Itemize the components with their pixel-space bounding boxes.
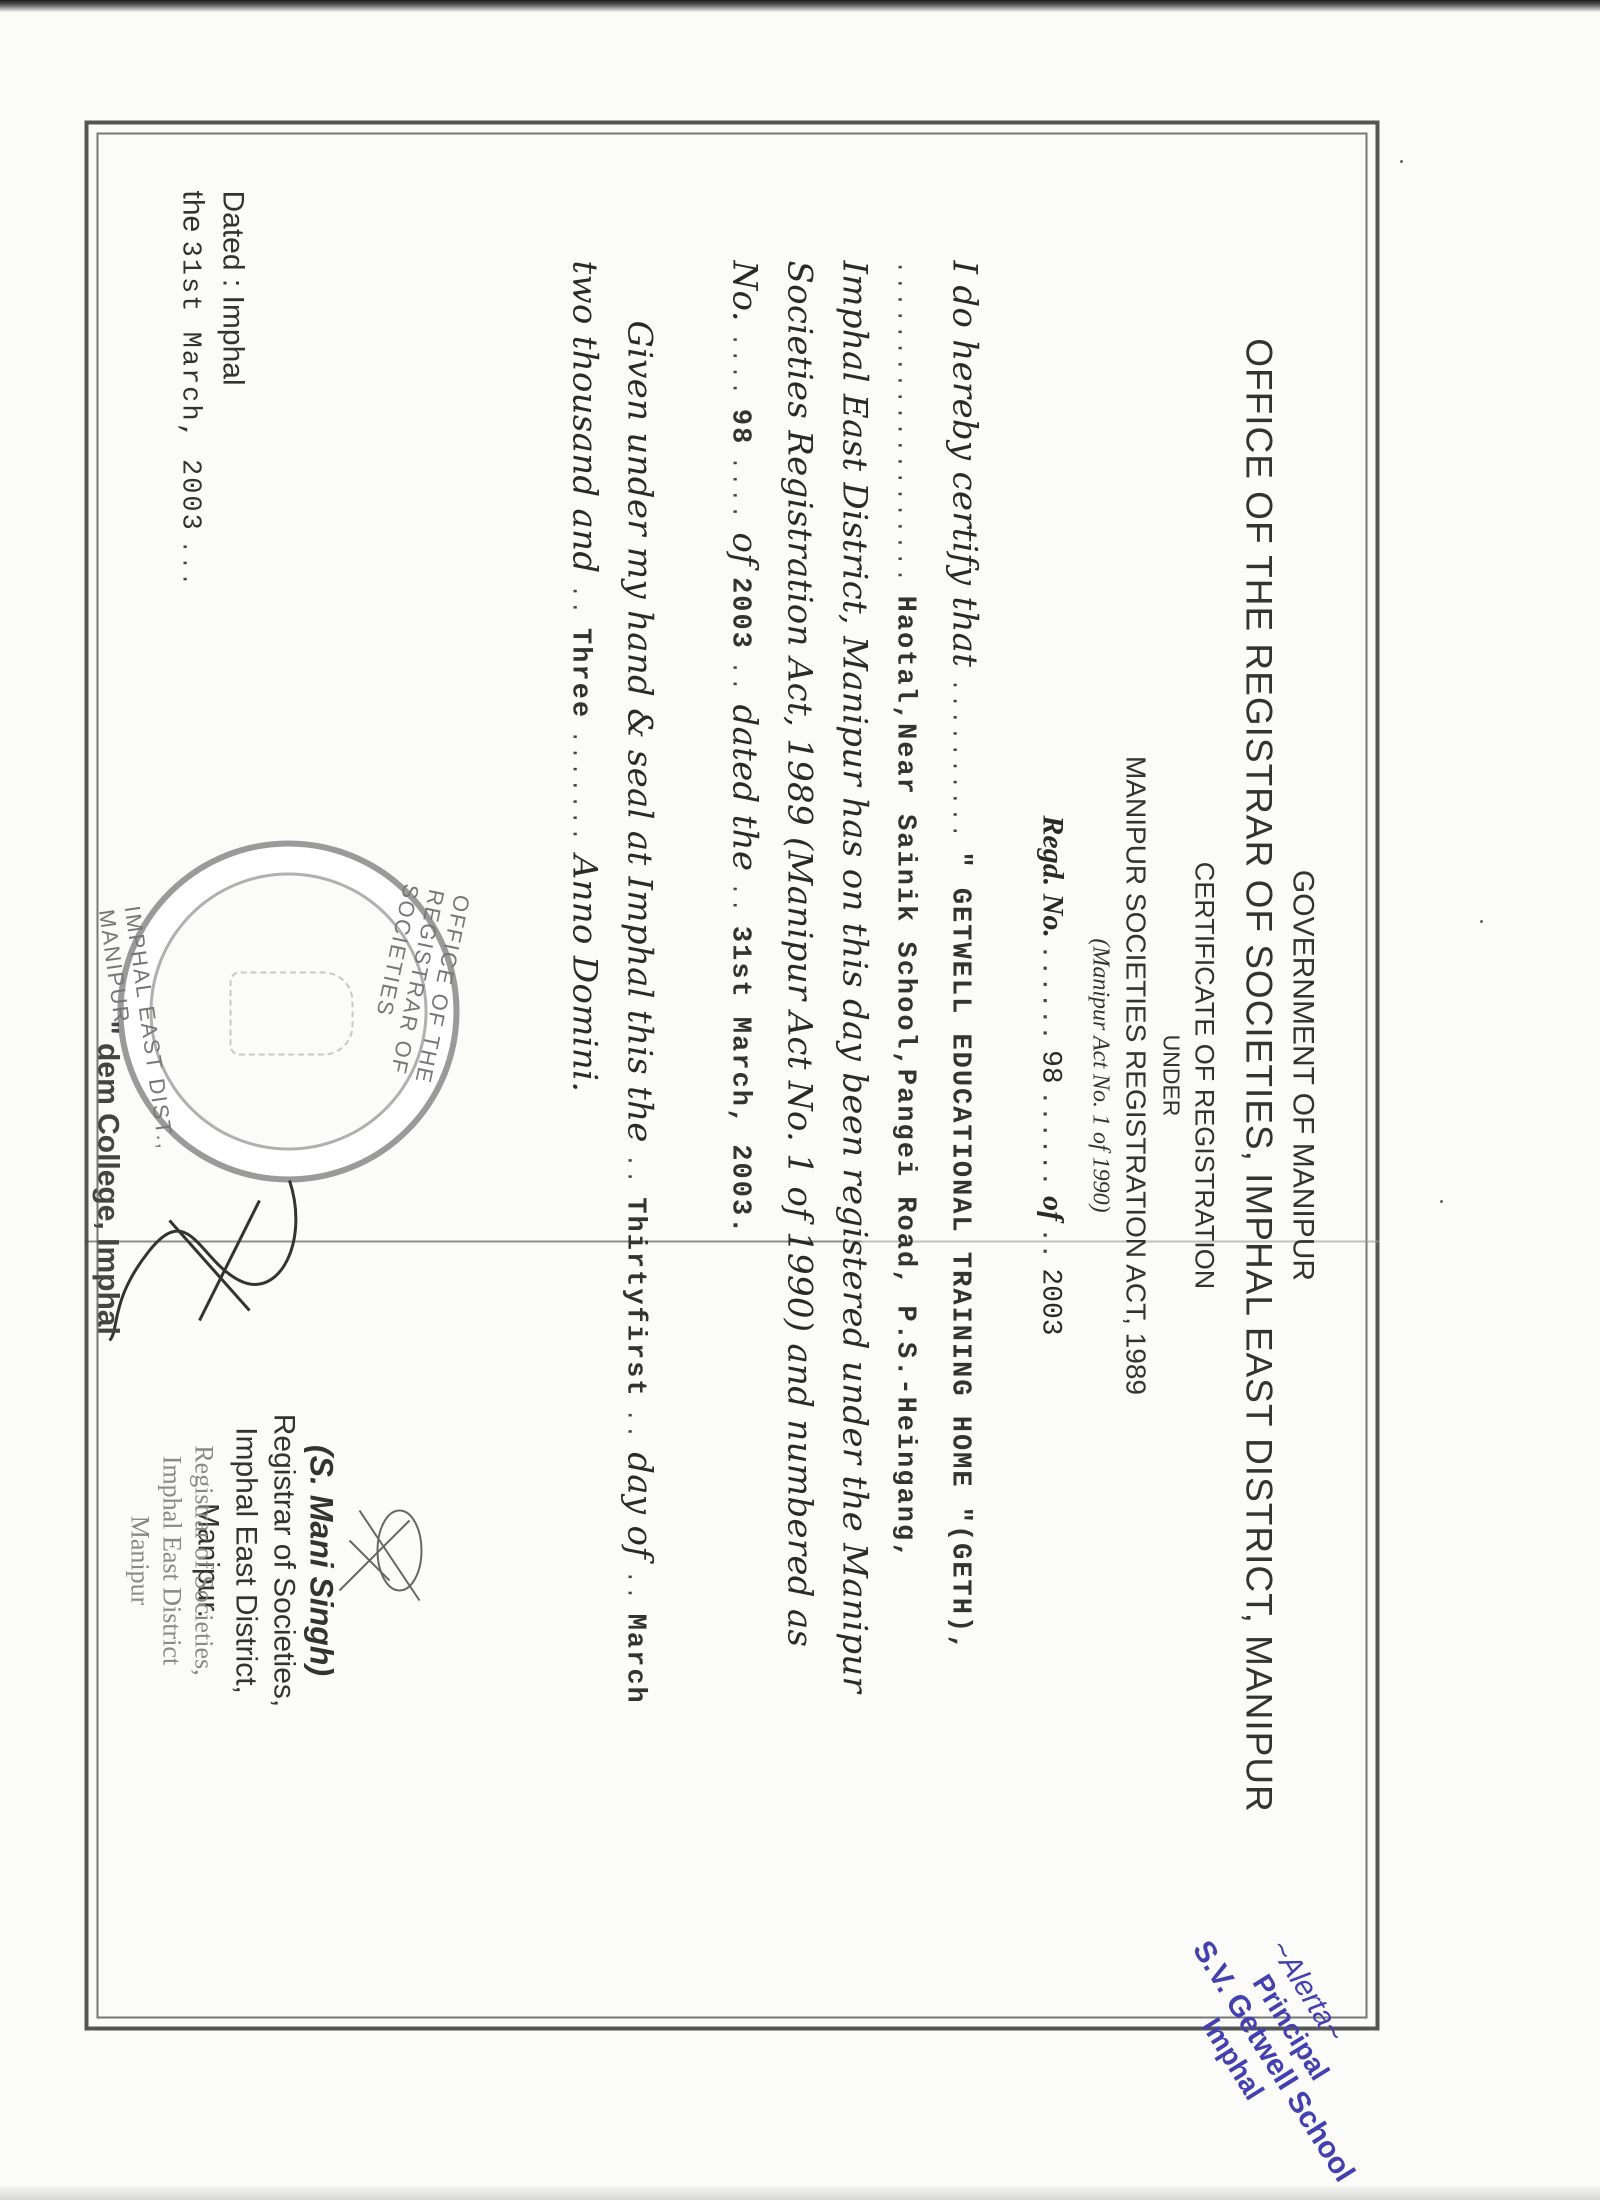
registration-number-line: Regd. No. ...... 98 ...... of .. 2003 bbox=[1035, 121, 1070, 2031]
year-word: Three bbox=[565, 628, 595, 719]
dotted-leader: .. bbox=[622, 1409, 647, 1441]
given-prefix: Given under my hand & seal at Imphal thi… bbox=[620, 321, 660, 1143]
regd-year: 2003 bbox=[1035, 1268, 1066, 1335]
rubber-stamp-line-3: Manipur bbox=[124, 1401, 156, 1721]
anno-domini: Anno Domini. bbox=[565, 855, 605, 1093]
dotted-leader: .... bbox=[727, 333, 752, 398]
registration-line-3: Imphal East District, Manipur has on thi… bbox=[835, 261, 875, 1911]
act-title: MANIPUR SOCIETIES REGISTRATION ACT, 1989 bbox=[1120, 121, 1152, 2031]
dated-date: 31st March, 2003 bbox=[175, 241, 205, 532]
under-label: UNDER bbox=[1158, 121, 1185, 2031]
dated-place: Dated : Imphal bbox=[216, 191, 250, 386]
registered-number: 98 bbox=[725, 409, 755, 445]
national-emblem-icon bbox=[230, 972, 354, 1056]
registration-date: 31st March, 2003. bbox=[725, 926, 755, 1235]
government-heading: GOVERNMENT OF MANIPUR bbox=[1286, 121, 1320, 2031]
certify-prefix: I do hereby certify that bbox=[945, 261, 985, 668]
given-under-line: Given under my hand & seal at Imphal thi… bbox=[620, 321, 660, 1911]
scan-bottom-edge bbox=[0, 2186, 1600, 2200]
address-line: .................... Haotal,Near Sainik … bbox=[890, 261, 930, 1911]
dotted-leader: .................... bbox=[892, 261, 917, 585]
act-number: (Manipur Act No. 1 of 1990) bbox=[1087, 121, 1114, 2031]
scan-speck bbox=[1480, 920, 1483, 923]
certificate-title: CERTIFICATE OF REGISTRATION bbox=[1189, 121, 1220, 2031]
dotted-leader: .. bbox=[727, 882, 752, 914]
registrar-title: Registrar of Societies, bbox=[265, 1381, 303, 1741]
dotted-leader: .. bbox=[727, 661, 752, 693]
registered-year: 2003 bbox=[725, 577, 755, 650]
the-label: the bbox=[177, 191, 210, 233]
rubber-stamp-line-2: Imphal East District bbox=[156, 1401, 188, 1721]
dotted-leader: ....... bbox=[567, 730, 592, 843]
dotted-leader: .. bbox=[622, 1154, 647, 1186]
dated-label: dated the bbox=[725, 705, 765, 872]
regd-label: Regd. No. bbox=[1037, 815, 1070, 938]
registration-line-4: Societies Registration Act, 1989 (Manipu… bbox=[780, 261, 820, 1911]
scan-top-edge bbox=[0, 0, 1600, 12]
dotted-leader: .... bbox=[727, 456, 752, 521]
given-month: March bbox=[620, 1614, 650, 1705]
dotted-leader: ...... bbox=[1037, 945, 1062, 1042]
dotted-leader: ...... bbox=[1037, 1091, 1062, 1188]
given-day: Thirtyfirst bbox=[620, 1197, 650, 1397]
dated-date-line: the 31st March, 2003 ... bbox=[175, 191, 210, 589]
dotted-leader: .. bbox=[622, 1570, 647, 1602]
registration-line-5: No. .... 98 .... of 2003 .. dated the ..… bbox=[725, 261, 765, 1911]
no-label: No. bbox=[725, 261, 765, 322]
certify-line: I do hereby certify that .......... " GE… bbox=[945, 261, 985, 1911]
two-thousand-label: two thousand and bbox=[565, 261, 605, 574]
of-label: of bbox=[725, 532, 765, 566]
dotted-leader: .......... bbox=[947, 678, 972, 840]
regd-of-label: of bbox=[1037, 1196, 1070, 1221]
dotted-leader: ... bbox=[177, 540, 202, 589]
regd-number: 98 bbox=[1035, 1050, 1066, 1084]
day-of-label: day of bbox=[620, 1452, 660, 1559]
registrar-name: (S. Mani Singh) bbox=[303, 1381, 340, 1741]
college-attestation-stamp: " dem College, Imphal bbox=[91, 1021, 125, 1335]
society-name: " GETWELL EDUCATIONAL TRAINING HOME "(GE… bbox=[945, 851, 975, 1652]
registrar-office-seal: OFFICE OF THE REGISTRAR OF SOCIETIES IMP… bbox=[118, 841, 460, 1183]
dotted-leader: .. bbox=[1037, 1228, 1062, 1260]
dotted-leader: .. bbox=[567, 585, 592, 617]
office-heading: OFFICE OF THE REGISTRAR OF SOCIETIES, IM… bbox=[1238, 121, 1280, 2031]
scan-speck bbox=[1440, 1200, 1443, 1203]
scan-speck bbox=[1400, 160, 1403, 163]
rubber-stamp-line-1: Registrar of Societies, bbox=[188, 1401, 220, 1721]
certificate: GOVERNMENT OF MANIPUR OFFICE OF THE REGI… bbox=[85, 121, 1380, 2031]
year-words-line: two thousand and .. Three ....... Anno D… bbox=[565, 261, 605, 1911]
society-address: Haotal,Near Sainik School,Pangei Road, P… bbox=[890, 596, 920, 1561]
registrar-rubber-stamp: Registrar of Societies, Imphal East Dist… bbox=[124, 1401, 220, 1721]
